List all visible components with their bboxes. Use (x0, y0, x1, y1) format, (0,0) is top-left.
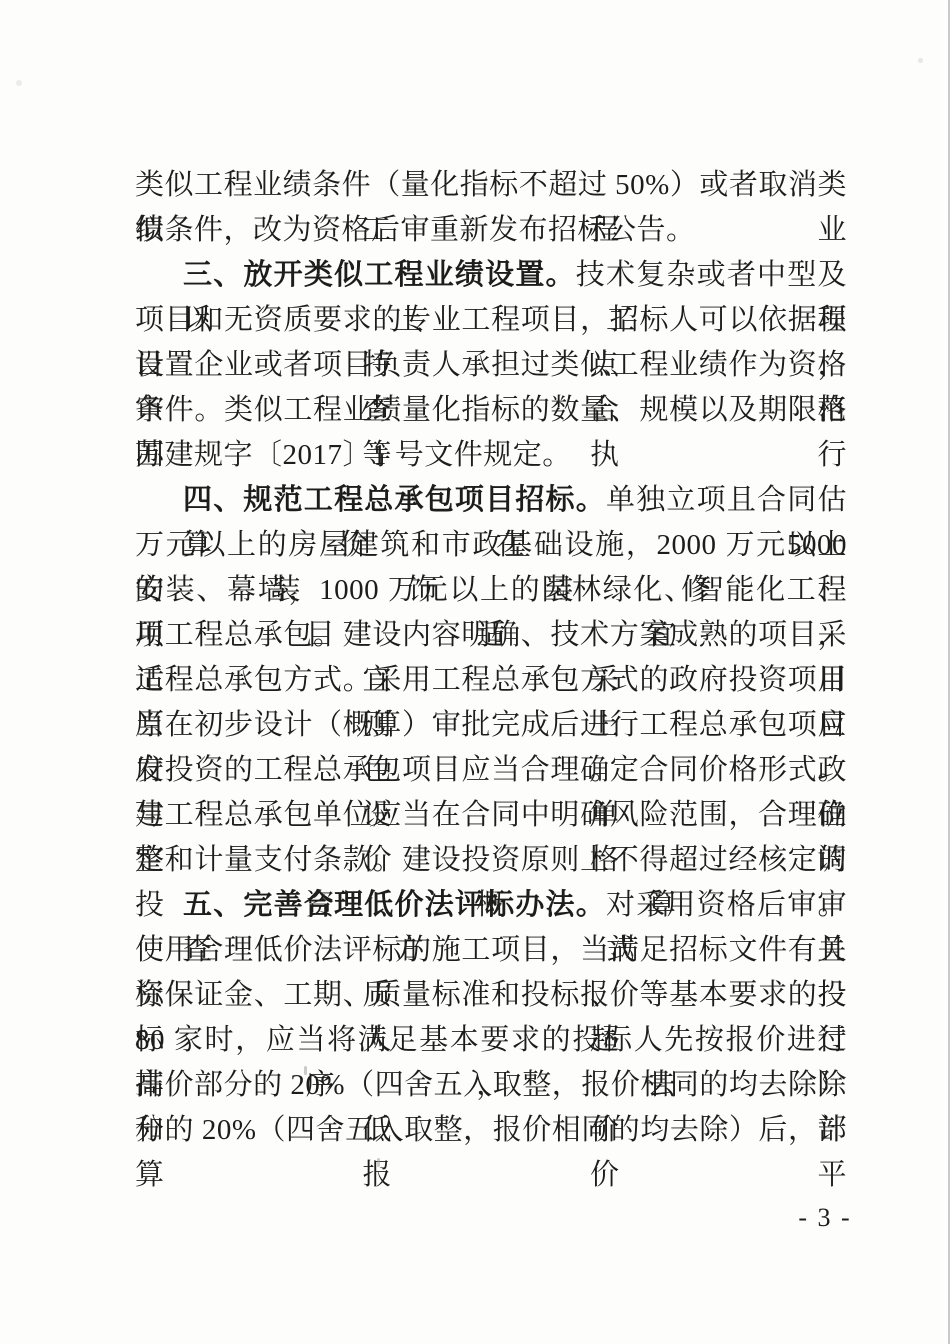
text-line: 用工程总承包。建设内容明确、技术方案成熟的项目，适宜采用 (135, 613, 847, 658)
scan-artifact (918, 58, 923, 63)
text-line: 分的 20%（四舍五入取整，报价相同的均去除）后，计算报价平 (135, 1108, 847, 1153)
text-line: 五、完善合理低价法评标办法。对采用资格后审审查方式且 (135, 883, 847, 928)
text-line: 工程总承包方式。采用工程总承包方式的政府投资项目原则上应 (135, 658, 847, 703)
text-line: 类似工程业绩条件（量化指标不超过 50%）或者取消类似工程业 (135, 163, 847, 208)
text-line: 项目和无资质要求的专业工程项目，招标人可以依据项目特点， (135, 298, 847, 343)
page-number: - 3 - (780, 1203, 870, 1233)
text-line: 标保证金、工期、质量标准和投标报价等基本要求的投标人超过 (135, 973, 847, 1018)
text-line: 高价部分的 20%（四舍五入取整，报价相同的均去除）和低价部 (135, 1063, 847, 1108)
text-line: 四、规范工程总承包项目招标。单独立项且合同估算价在 5000 (135, 478, 847, 523)
document-text-block: 类似工程业绩条件（量化指标不超过 50%）或者取消类似工程业绩条件，改为资格后审… (135, 163, 847, 1153)
section-heading-text: 四、规范工程总承包项目招标。 (183, 484, 606, 516)
text-line: 三、放开类似工程业绩设置。技术复杂或者中型及以上工程 (135, 253, 847, 298)
text-line: 当在初步设计（概算）审批完成后进行工程总承包项目发包。政 (135, 703, 847, 748)
text-line: 使用合理低价法评标的施工项目，当满足招标文件有关资质、投 (135, 928, 847, 973)
text-line: 条件。类似工程业绩量化指标的数量、规模以及期限范围等执行 (135, 388, 847, 433)
text-line: 与工程总承包单位应当在合同中明确风险范围，合理确定价格调 (135, 793, 847, 838)
text-line: 安装、幕墙，1000 万元以上的园林绿化、智能化工程项目适宜采 (135, 568, 847, 613)
section-heading-text: 三、放开类似工程业绩设置。 (183, 259, 576, 291)
body-text: 分的 20%（四舍五入取整，报价相同的均去除）后，计算报价平 (135, 1114, 847, 1191)
scan-artifact (304, 1066, 307, 1075)
body-text: 苏建规字〔2017〕1 号文件规定。 (135, 439, 572, 471)
section-heading-text: 五、完善合理低价法评标办法。 (183, 889, 606, 921)
scan-artifact (16, 80, 22, 86)
text-line: 80 家时，应当将满足基本要求的投标人先按报价进行排序，去除 (135, 1018, 847, 1063)
scan-artifact (377, 1158, 380, 1167)
text-line: 府投资的工程总承包项目应当合理确定合同价格形式。建设单位 (135, 748, 847, 793)
text-line: 设置企业或者项目负责人承担过类似工程业绩作为资格审查合格 (135, 343, 847, 388)
text-line: 整和计量支付条款。建设投资原则上不得超过经核定的投资概算。 (135, 838, 847, 883)
body-text: 绩条件，改为资格后审重新发布招标公告。 (135, 214, 696, 246)
document-page: 类似工程业绩条件（量化指标不超过 50%）或者取消类似工程业绩条件，改为资格后审… (0, 0, 950, 1344)
text-line: 万元以上的房屋建筑和市政基础设施，2000 万元以上的装饰装修、 (135, 523, 847, 568)
